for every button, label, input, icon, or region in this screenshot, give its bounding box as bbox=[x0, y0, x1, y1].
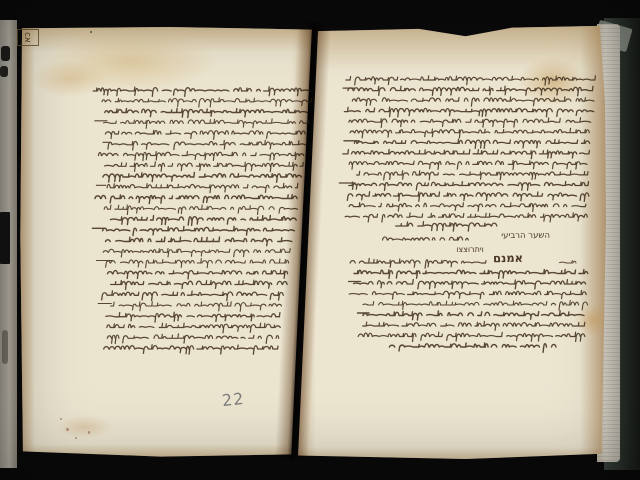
stain-speck bbox=[66, 428, 69, 431]
bookmark-tab bbox=[0, 212, 10, 264]
manuscript-page-left bbox=[20, 27, 313, 457]
manuscript-page-right bbox=[294, 25, 606, 459]
fore-edge-ink-mark bbox=[0, 66, 8, 77]
fore-edge-ink-mark bbox=[2, 330, 8, 364]
fore-edge-ink-mark bbox=[1, 46, 10, 61]
paragraph-initial-word: אמנם bbox=[489, 251, 523, 266]
stain-speck bbox=[88, 431, 90, 434]
manuscript-photo: כא השער הרביעי ויתרוצצו אמנם 22 bbox=[0, 0, 640, 480]
stain-speck bbox=[60, 418, 62, 420]
pencil-page-number: 22 bbox=[221, 389, 245, 410]
stain-speck bbox=[75, 437, 77, 439]
section-heading-text: השער הרביעי bbox=[470, 231, 550, 242]
ink-dot bbox=[90, 31, 92, 33]
folio-mark-box: כא bbox=[17, 29, 39, 46]
folio-mark: כא bbox=[24, 32, 33, 43]
